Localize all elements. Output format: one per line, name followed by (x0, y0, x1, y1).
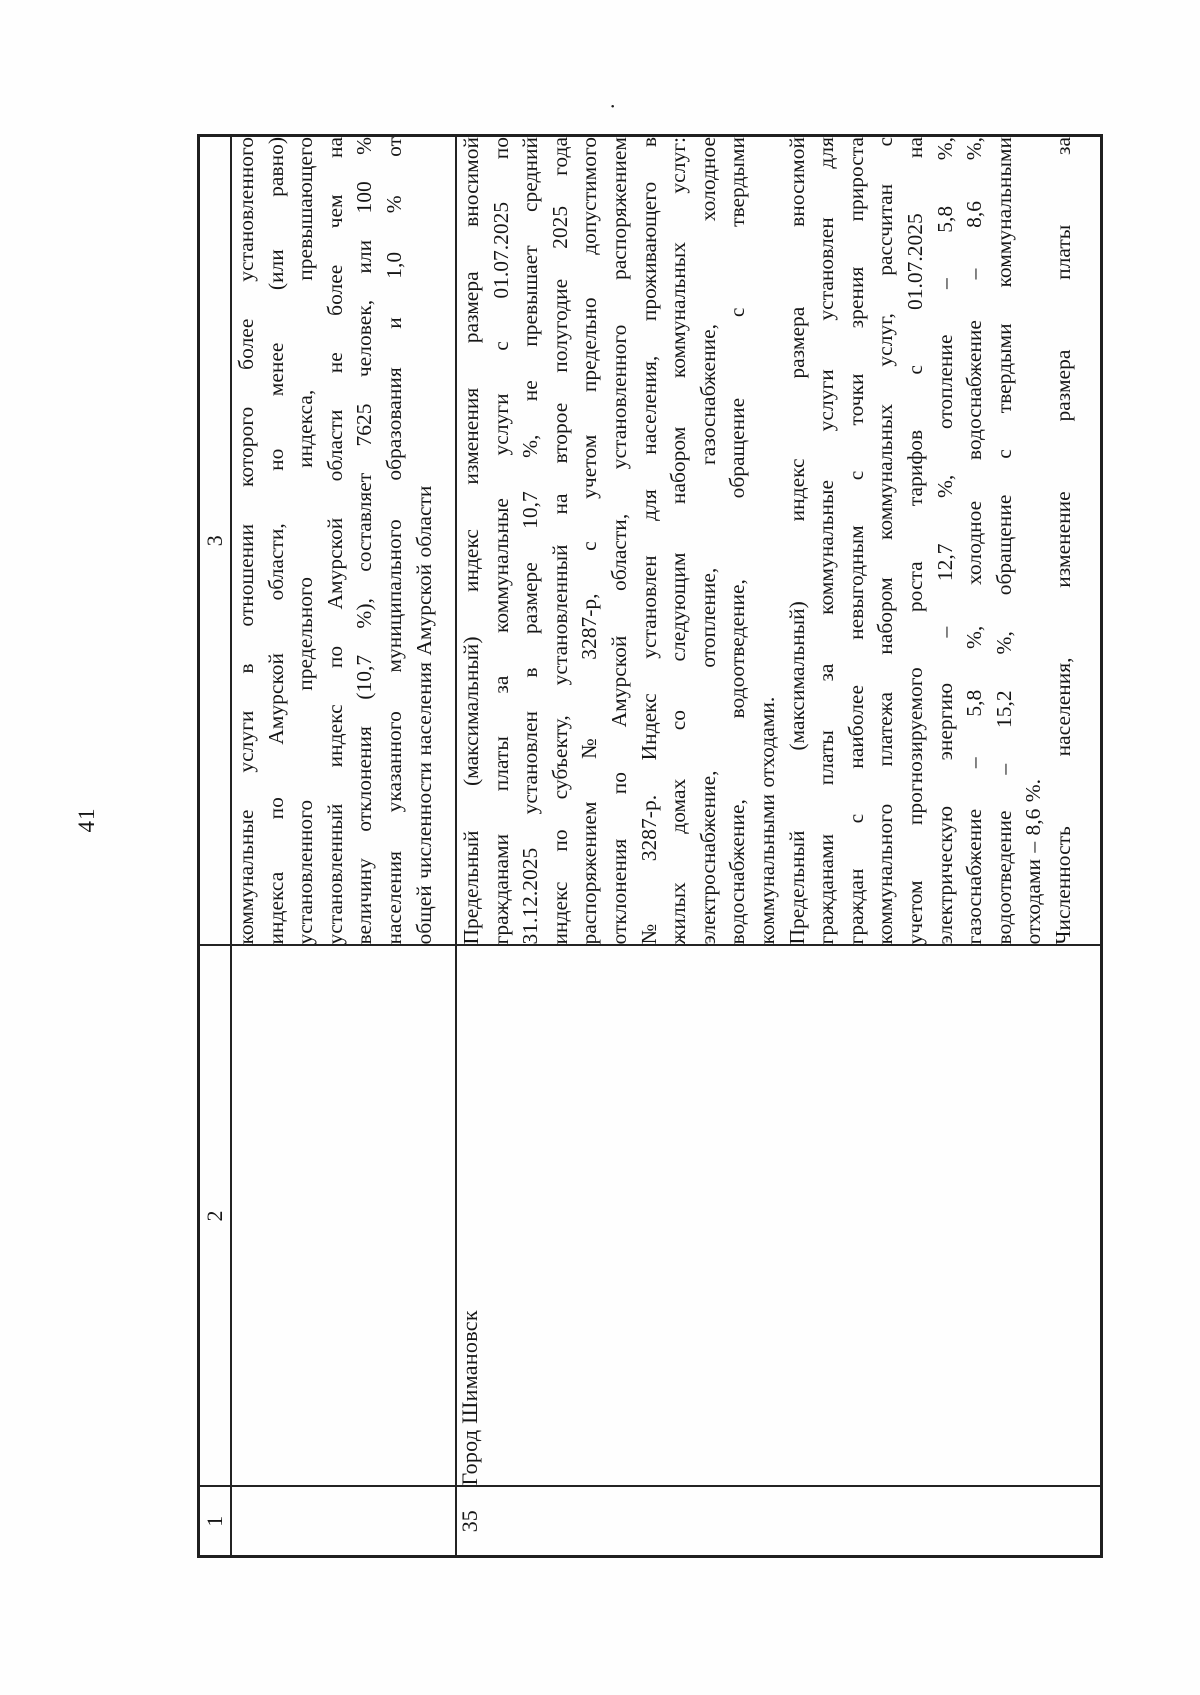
text-line: Численность населения, изменение размера… (1049, 137, 1079, 945)
table-row-35: 35 Город Шимановск Предельный (максималь… (456, 136, 1102, 1557)
text-line: распоряжением № 3287-р, с учетом предель… (575, 137, 605, 945)
text-line: электроснабжение, отопление, газоснабжен… (694, 137, 724, 945)
text-line: общей численности населения Амурской обл… (410, 137, 440, 945)
limit-index-table: 1 2 3 коммунальные услуги в отношении ко… (197, 134, 1103, 1558)
text-line: индекс по субъекту, установленный на вто… (546, 137, 576, 945)
table-header-row: 1 2 3 (199, 136, 232, 1557)
text-line: коммунальные услуги в отношении которого… (232, 137, 262, 945)
page-number: 41 (74, 725, 100, 915)
text-line: 31.12.2025 установлен в размере 10,7 %, … (516, 137, 546, 945)
text-line: газоснабжение – 5,8 %, холодное водоснаб… (960, 137, 990, 945)
text-line: водоснабжение, водоотведение, обращение … (723, 137, 753, 945)
text-line: гражданами платы за коммунальные услуги … (487, 137, 517, 945)
column-header-2: 2 (199, 946, 232, 1487)
column-header-1: 1 (199, 1487, 232, 1557)
text-line: Предельный (максимальный) индекс изменен… (457, 137, 487, 945)
text-line: коммунальными отходами. (753, 137, 783, 945)
text-line: величину отклонения (10,7 %), составляет… (350, 137, 380, 945)
text-line: коммунального платежа набором коммунальн… (871, 137, 901, 945)
text-line: граждан с наиболее невыгодным с точки зр… (842, 137, 872, 945)
cell-justification-continuation: коммунальные услуги в отношении которого… (231, 136, 456, 946)
cell-municipality-name: Город Шимановск (456, 946, 1102, 1487)
text-line: учетом прогнозируемого роста тарифов с 0… (901, 137, 931, 945)
scanned-document-page: 41 . 1 2 3 коммунальные услуги в отношен… (0, 0, 1200, 1695)
text-line: № 3287-р. Индекс установлен для населени… (635, 137, 665, 945)
text-line: отходами – 8,6 %. (1019, 137, 1049, 945)
text-line: индекса по Амурской области, но менее (и… (262, 137, 292, 945)
text-line: отклонения по Амурской области, установл… (605, 137, 635, 945)
text-line: установленного предельного индекса, прев… (291, 137, 321, 945)
text-line: установленный индекс по Амурской области… (321, 137, 351, 945)
text-line: электрическую энергию – 12,7 %, отоплени… (931, 137, 961, 945)
text-line: жилых домах со следующим набором коммуна… (664, 137, 694, 945)
cell-municipality-empty (231, 946, 456, 1487)
text-line: гражданами платы за коммунальные услуги … (812, 137, 842, 945)
text-line: населения указанного муниципального обра… (380, 137, 410, 945)
cell-num-empty (231, 1487, 456, 1557)
table-row-continuation: коммунальные услуги в отношении которого… (231, 136, 456, 1557)
scan-dot-artifact: . (594, 91, 620, 109)
text-line: водоотведение – 15,2 %, обращение с твер… (990, 137, 1020, 945)
document-content-rotated: 41 . 1 2 3 коммунальные услуги в отношен… (0, 0, 1200, 1695)
cell-justification-row-35: Предельный (максимальный) индекс изменен… (456, 136, 1102, 946)
cell-row-number: 35 (456, 1487, 1102, 1557)
text-line: Предельный (максимальный) индекс размера… (783, 137, 813, 945)
column-header-3: 3 (199, 136, 232, 946)
